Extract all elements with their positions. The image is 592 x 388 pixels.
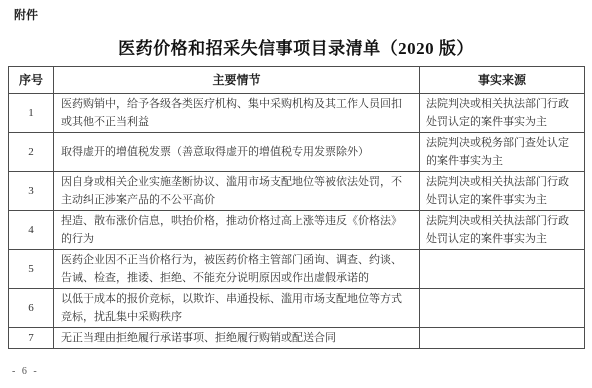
row-detail-cell: 无正当理由拒绝履行承诺事项、拒绝履行购销或配送合同 <box>54 328 420 349</box>
row-number-cell: 6 <box>9 289 54 328</box>
row-number-cell: 2 <box>9 133 54 172</box>
row-number-cell: 1 <box>9 94 54 133</box>
page-title: 医药价格和招采失信事项目录清单（2020 版） <box>0 34 592 59</box>
row-source-cell: 法院判决或税务部门查处认定的案件事实为主 <box>420 133 585 172</box>
row-source-cell <box>420 250 585 289</box>
row-detail-cell: 捏造、散布涨价信息，哄抬价格，推动价格过高上涨等违反《价格法》的行为 <box>54 211 420 250</box>
row-number-cell: 5 <box>9 250 54 289</box>
table-row: 3因自身或相关企业实施垄断协议、滥用市场支配地位等被依法处罚，不主动纠正涉案产品… <box>9 172 585 211</box>
row-source-cell <box>420 328 585 349</box>
row-detail-cell: 取得虚开的增值税发票（善意取得虚开的增值税专用发票除外） <box>54 133 420 172</box>
row-number-cell: 4 <box>9 211 54 250</box>
row-detail-cell: 以低于成本的报价竞标，以欺诈、串通投标、滥用市场支配地位等方式竞标，扰乱集中采购… <box>54 289 420 328</box>
header-cell-source: 事实来源 <box>420 67 585 94</box>
row-detail-cell: 因自身或相关企业实施垄断协议、滥用市场支配地位等被依法处罚，不主动纠正涉案产品的… <box>54 172 420 211</box>
page-number: - 6 - <box>12 366 39 377</box>
header-cell-number: 序号 <box>9 67 54 94</box>
header-cell-detail: 主要情节 <box>54 67 420 94</box>
table-row: 5医药企业因不正当价格行为，被医药价格主管部门函询、调查、约谈、告诫、检查，推诿… <box>9 250 585 289</box>
row-detail-cell: 医药购销中，给予各级各类医疗机构、集中采购机构及其工作人员回扣或其他不正当利益 <box>54 94 420 133</box>
table-header: 序号 主要情节 事实来源 <box>9 67 585 94</box>
row-source-cell: 法院判决或相关执法部门行政处罚认定的案件事实为主 <box>420 94 585 133</box>
row-detail-cell: 医药企业因不正当价格行为，被医药价格主管部门函询、调查、约谈、告诫、检查，推诿、… <box>54 250 420 289</box>
table-row: 4捏造、散布涨价信息，哄抬价格，推动价格过高上涨等违反《价格法》的行为法院判决或… <box>9 211 585 250</box>
catalog-table: 序号 主要情节 事实来源 1医药购销中，给予各级各类医疗机构、集中采购机构及其工… <box>8 66 585 349</box>
attachment-label: 附件 <box>14 6 38 23</box>
header-row: 序号 主要情节 事实来源 <box>9 67 585 94</box>
row-source-cell <box>420 289 585 328</box>
row-number-cell: 7 <box>9 328 54 349</box>
row-source-cell: 法院判决或相关执法部门行政处罚认定的案件事实为主 <box>420 172 585 211</box>
table-row: 2取得虚开的增值税发票（善意取得虚开的增值税专用发票除外）法院判决或税务部门查处… <box>9 133 585 172</box>
row-source-cell: 法院判决或相关执法部门行政处罚认定的案件事实为主 <box>420 211 585 250</box>
table-row: 7无正当理由拒绝履行承诺事项、拒绝履行购销或配送合同 <box>9 328 585 349</box>
table-row: 6以低于成本的报价竞标，以欺诈、串通投标、滥用市场支配地位等方式竞标，扰乱集中采… <box>9 289 585 328</box>
document-page: 附件 医药价格和招采失信事项目录清单（2020 版） 序号 主要情节 事实来源 … <box>0 0 592 388</box>
table-row: 1医药购销中，给予各级各类医疗机构、集中采购机构及其工作人员回扣或其他不正当利益… <box>9 94 585 133</box>
row-number-cell: 3 <box>9 172 54 211</box>
table-body: 1医药购销中，给予各级各类医疗机构、集中采购机构及其工作人员回扣或其他不正当利益… <box>9 94 585 349</box>
